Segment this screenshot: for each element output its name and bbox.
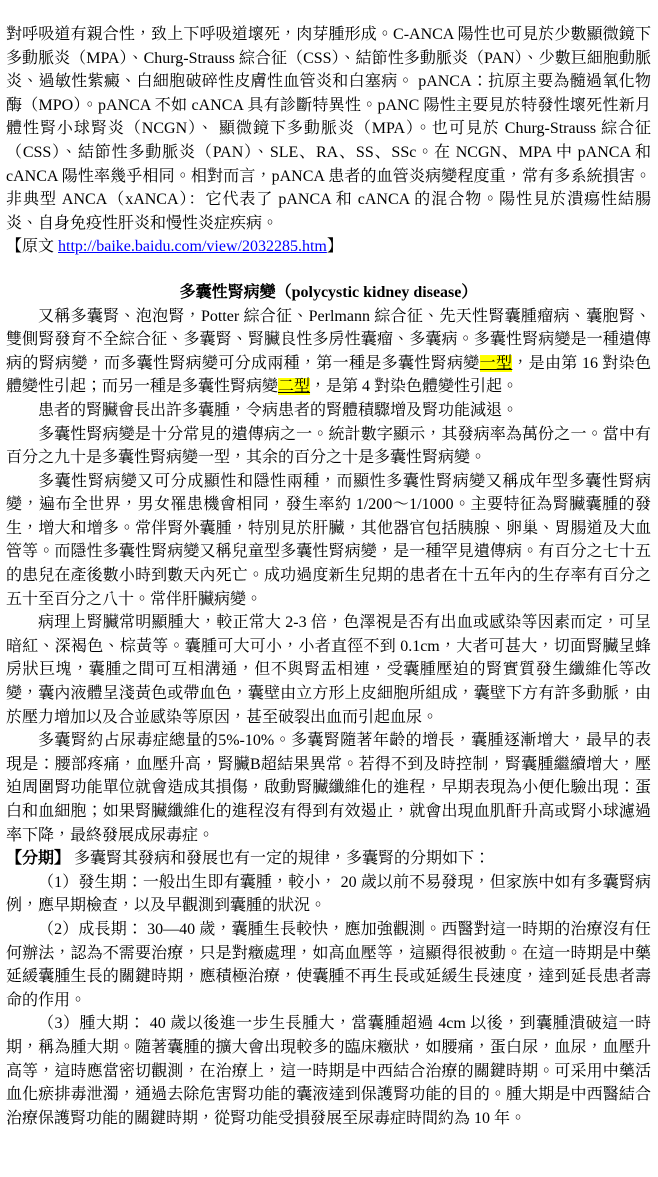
dominant-recessive-paragraph: 多囊性腎病變又可分成顯性和隱性兩種，而顯性多囊性腎病變又稱成年型多囊性腎病變，遍…: [6, 470, 651, 612]
staging-intro-paragraph: 【分期】 多囊腎其發病和發展也有一定的規律，多囊腎的分期如下：: [6, 847, 651, 871]
document-page: 對呼吸道有親合性，致上下呼吸道壞死，肉芽腫形成。C-ANCA 陽性也可見於少數顯…: [0, 0, 658, 1177]
staging-intro-text: 多囊腎其發病和發展也有一定的規律，多囊腎的分期如下：: [70, 850, 490, 867]
type2-highlight: 二型: [278, 378, 310, 395]
anca-continuation-paragraph: 對呼吸道有親合性，致上下呼吸道壞死，肉芽腫形成。C-ANCA 陽性也可見於少數顯…: [6, 23, 651, 235]
type1-highlight: 一型: [480, 355, 513, 372]
staging-label: 【分期】: [6, 850, 70, 867]
source-prefix: 【原文: [6, 238, 58, 255]
source-suffix: 】: [327, 238, 343, 255]
source-url-link[interactable]: http://baike.baidu.com/view/2032285.htm: [58, 238, 327, 255]
alias-text-run-3: ，是第 4 對染色體變性引起。: [310, 378, 518, 395]
article-title: 多囊性腎病變（polycystic kidney disease）: [6, 281, 651, 305]
uremia-paragraph: 多囊腎約占尿毒症總量的5%-10%。多囊腎隨著年齡的增長，囊腫逐漸增大，最早的表…: [6, 729, 651, 847]
prevalence-paragraph: 多囊性腎病變是十分常見的遺傳病之一。統計數字顯示，其發病率為萬份之一。當中有百分…: [6, 423, 651, 470]
stage2-paragraph: （2）成長期： 30—40 歲，囊腫生長較快，應加強觀測。西醫對這一時期的治療沒…: [6, 918, 651, 1012]
stage1-paragraph: （1）發生期：一般出生即有囊腫，較小， 20 歲以前不易發現，但家族中如有多囊腎…: [6, 871, 651, 918]
alias-paragraph: 又稱多囊腎、泡泡腎，Potter 綜合征、Perlmann 綜合征、先天性腎囊腫…: [6, 305, 651, 399]
kidney-growth-paragraph: 患者的腎臟會長出許多囊腫，令病患者的腎體積驟增及腎功能減退。: [6, 399, 651, 423]
source-line: 【原文 http://baike.baidu.com/view/2032285.…: [6, 235, 651, 259]
pathology-paragraph: 病理上腎臟常明顯腫大，較正常大 2-3 倍，色澤視是否有出血或感染等因素而定，可…: [6, 611, 651, 729]
stage3-paragraph: （3）腫大期： 40 歲以後進一步生長腫大，當囊腫超過 4cm 以後，到囊腫潰破…: [6, 1012, 651, 1130]
